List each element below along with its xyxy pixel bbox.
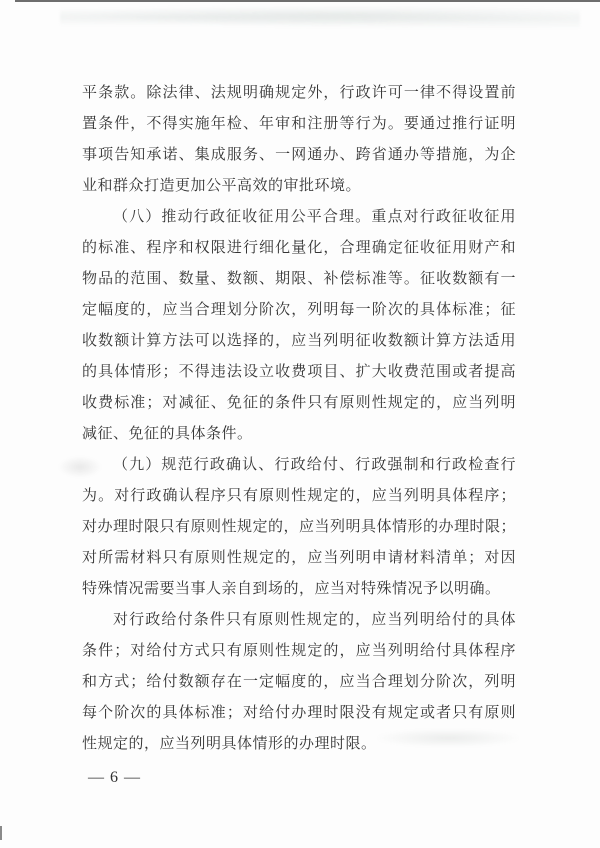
text-line: 收费标准；对减征、免征的条件只有原则性规定的，应当列明 xyxy=(82,388,516,419)
paragraph: 对行政给付条件只有原则性规定的，应当列明给付的具体条件；对给付方式只有原则性规定… xyxy=(82,605,516,760)
text-line: 平条款。除法律、法规明确规定外，行政许可一律不得设置前 xyxy=(82,78,516,109)
text-line: 对办理时限只有原则性规定的，应当列明具体情形的办理时限； xyxy=(82,512,516,543)
text-line: （九）规范行政确认、行政给付、行政强制和行政检查行 xyxy=(82,450,516,481)
text-line: （八）推动行政征收征用公平合理。重点对行政征收征用 xyxy=(82,202,516,233)
document-body: 平条款。除法律、法规明确规定外，行政许可一律不得设置前置条件，不得实施年检、年审… xyxy=(82,78,516,760)
text-line: 条件；对给付方式只有原则性规定的，应当列明给付具体程序 xyxy=(82,636,516,667)
text-line: 性规定的，应当列明具体情形的办理时限。 xyxy=(82,729,516,760)
text-line: 减征、免征的具体条件。 xyxy=(82,419,516,450)
text-line: 对所需材料只有原则性规定的，应当列明申请材料清单；对因 xyxy=(82,543,516,574)
text-line: 的标准、程序和权限进行细化量化，合理确定征收征用财产和 xyxy=(82,233,516,264)
text-line: 收数额计算方法可以选择的，应当列明征收数额计算方法适用 xyxy=(82,326,516,357)
bleedthrough-artifact-top xyxy=(60,6,580,28)
text-line: 的具体情形；不得违法设立收费项目、扩大收费范围或者提高 xyxy=(82,357,516,388)
text-line: 业和群众打造更加公平高效的审批环境。 xyxy=(82,171,516,202)
text-line: 每个阶次的具体标准；对给付办理时限没有规定或者只有原则 xyxy=(82,698,516,729)
scanned-page: 平条款。除法律、法规明确规定外，行政许可一律不得设置前置条件，不得实施年检、年审… xyxy=(0,0,600,848)
paragraph: （八）推动行政征收征用公平合理。重点对行政征收征用的标准、程序和权限进行细化量化… xyxy=(82,202,516,450)
text-line: 定幅度的，应当合理划分阶次，列明每一阶次的具体标准；征 xyxy=(82,295,516,326)
text-line: 特殊情况需要当事人亲自到场的，应当对特殊情况予以明确。 xyxy=(82,574,516,605)
scan-edge-artifact xyxy=(15,0,600,2)
paragraph: （九）规范行政确认、行政给付、行政强制和行政检查行为。对行政确认程序只有原则性规… xyxy=(82,450,516,605)
scan-edge-mark xyxy=(0,826,2,840)
paragraph: 平条款。除法律、法规明确规定外，行政许可一律不得设置前置条件，不得实施年检、年审… xyxy=(82,78,516,202)
page-number: — 6 — xyxy=(88,769,141,787)
text-line: 对行政给付条件只有原则性规定的，应当列明给付的具体 xyxy=(82,605,516,636)
text-line: 事项告知承诺、集成服务、一网通办、跨省通办等措施，为企 xyxy=(82,140,516,171)
text-line: 置条件，不得实施年检、年审和注册等行为。要通过推行证明 xyxy=(82,109,516,140)
text-line: 和方式；给付数额存在一定幅度的，应当合理划分阶次，列明 xyxy=(82,667,516,698)
text-line: 物品的范围、数量、数额、期限、补偿标准等。征收数额有一 xyxy=(82,264,516,295)
text-line: 为。对行政确认程序只有原则性规定的，应当列明具体程序； xyxy=(82,481,516,512)
